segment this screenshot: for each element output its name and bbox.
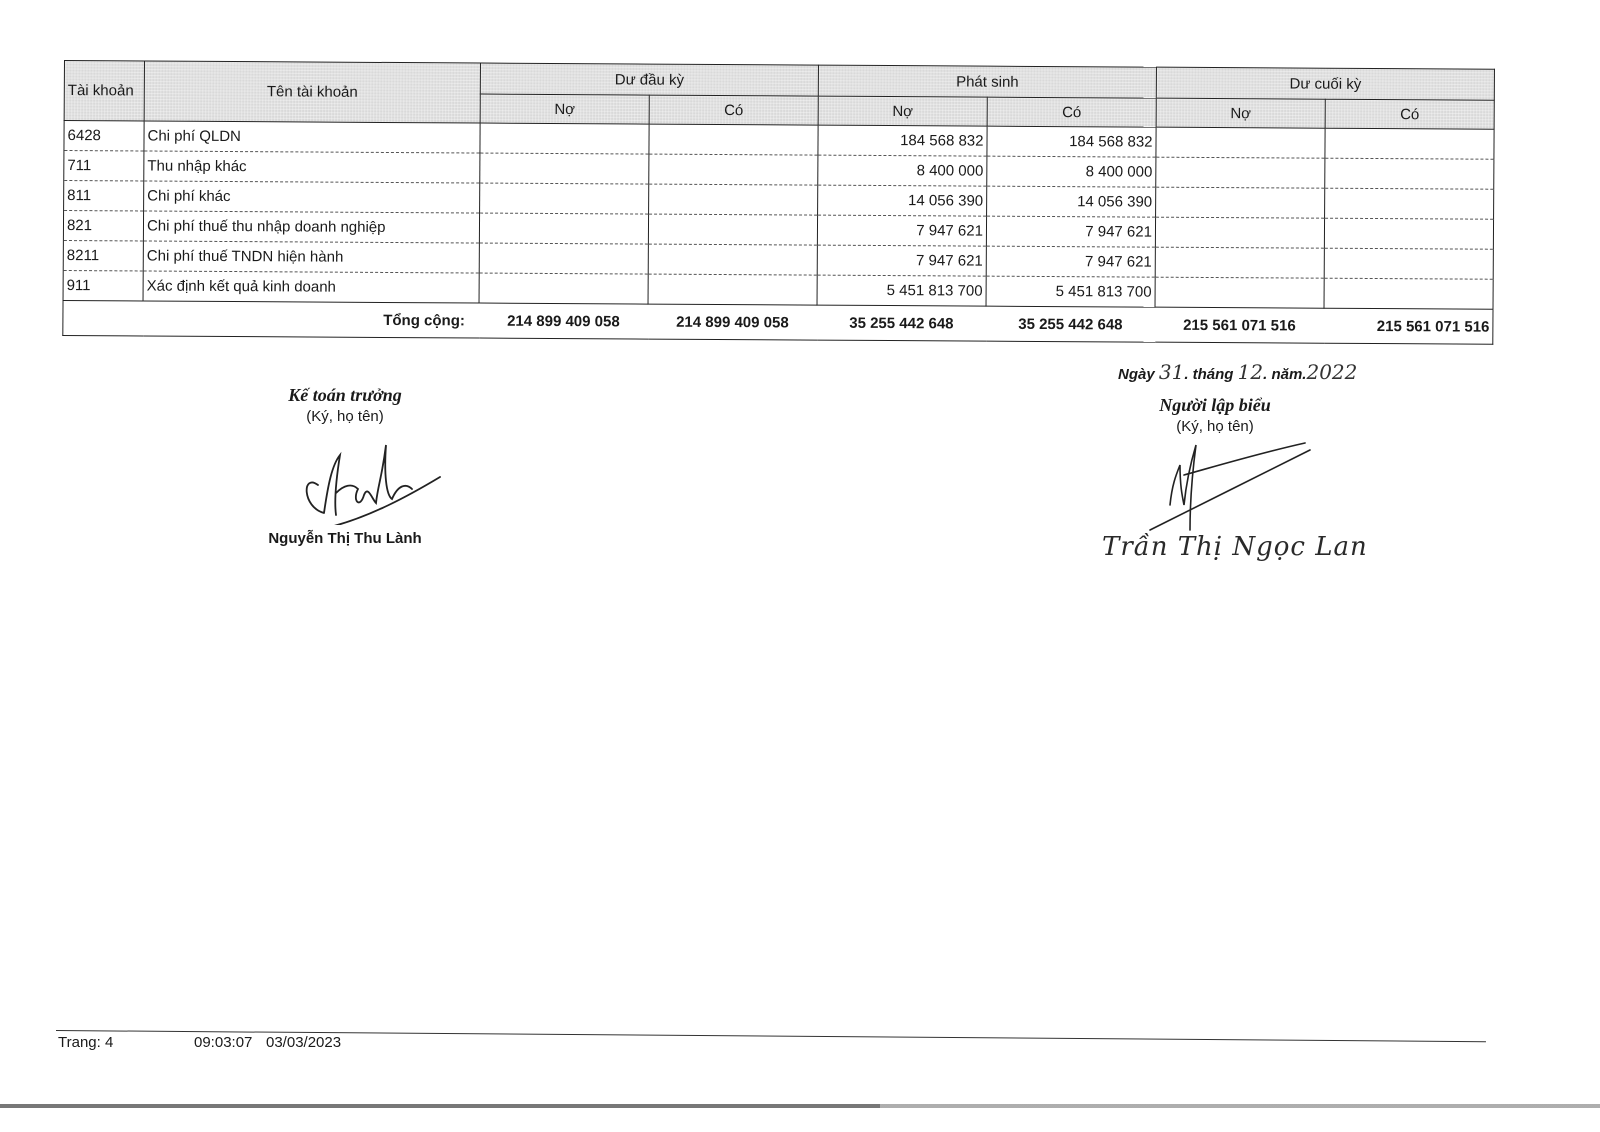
cell-open-debit	[480, 153, 649, 184]
cell-open-credit	[649, 154, 818, 185]
cell-close-debit	[1155, 217, 1324, 248]
cell-mov-credit: 14 056 390	[987, 186, 1156, 217]
cell-open-debit	[479, 243, 648, 274]
cell-mov-debit: 8 400 000	[818, 155, 987, 186]
cell-mov-credit: 184 568 832	[987, 126, 1156, 157]
cell-close-debit	[1156, 157, 1325, 188]
header-movement-credit: Có	[987, 97, 1156, 127]
preparer-note: (Ký, họ tên)	[1110, 418, 1320, 435]
total-close-debit: 215 561 071 516	[1155, 307, 1324, 343]
chief-accountant-signature-block: Kế toán trưởng (Ký, họ tên) Nguyễn Thị T…	[240, 385, 450, 547]
cell-open-credit	[648, 244, 817, 275]
cell-open-debit	[480, 183, 649, 214]
cell-account: 821	[63, 211, 143, 241]
table-body: 6428Chi phí QLDN184 568 832184 568 83271…	[63, 121, 1494, 310]
cell-close-credit	[1324, 248, 1493, 279]
cell-close-credit	[1325, 128, 1494, 159]
header-closing-credit: Có	[1325, 99, 1494, 129]
header-movement-debit: Nợ	[818, 96, 987, 126]
preparer-signature-block: Người lập biểu (Ký, họ tên)	[1110, 395, 1320, 540]
total-label: Tổng cộng:	[143, 301, 479, 338]
chief-accountant-signature-icon	[240, 425, 450, 525]
cell-mov-debit: 7 947 621	[817, 215, 986, 246]
cell-account: 711	[64, 151, 144, 181]
cell-account: 911	[63, 270, 143, 300]
handwritten-month: 12	[1238, 360, 1263, 384]
cell-open-debit	[479, 213, 648, 244]
cell-name: Chi phí thuế thu nhập doanh nghiệp	[143, 211, 479, 243]
cell-mov-credit: 7 947 621	[986, 246, 1155, 277]
cell-name: Chi phí thuế TNDN hiện hành	[143, 241, 479, 273]
total-open-debit: 214 899 409 058	[479, 303, 648, 339]
cell-open-credit	[649, 184, 818, 215]
total-open-credit: 214 899 409 058	[648, 304, 817, 340]
trial-balance-table-container: Tài khoản Tên tài khoản Dư đầu kỳ Phát s…	[62, 60, 1494, 345]
header-opening-balance: Dư đầu kỳ	[480, 63, 818, 96]
cell-close-debit	[1156, 187, 1325, 218]
cell-name: Xác định kết quả kinh doanh	[143, 271, 479, 303]
header-closing-debit: Nợ	[1156, 98, 1325, 128]
footer-print-date: 03/03/2023	[266, 1034, 341, 1051]
cell-mov-debit: 184 568 832	[818, 125, 987, 156]
cell-account: 8211	[63, 240, 143, 270]
total-row: Tổng cộng: 214 899 409 058 214 899 409 0…	[63, 300, 1493, 344]
cell-name: Chi phí QLDN	[144, 121, 480, 153]
cell-open-credit	[648, 274, 817, 305]
cell-close-credit	[1325, 158, 1494, 189]
header-account: Tài khoản	[64, 61, 144, 121]
total-mov-credit: 35 255 442 648	[986, 306, 1155, 342]
chief-accountant-title: Kế toán trưởng	[240, 385, 450, 406]
scan-edge	[0, 1104, 1600, 1108]
handwritten-year: 2022	[1306, 360, 1357, 384]
cell-close-credit	[1325, 188, 1494, 219]
cell-mov-credit: 5 451 813 700	[986, 276, 1155, 307]
total-mov-debit: 35 255 442 648	[817, 305, 986, 341]
cell-name: Thu nhập khác	[144, 151, 480, 183]
header-movement: Phát sinh	[818, 65, 1156, 98]
cell-open-credit	[649, 124, 818, 155]
header-opening-debit: Nợ	[480, 94, 649, 124]
chief-accountant-name: Nguyễn Thị Thu Lành	[240, 530, 450, 547]
total-close-credit: 215 561 071 516	[1324, 308, 1493, 344]
footer-page-number: Trang: 4	[58, 1034, 113, 1051]
trial-balance-table: Tài khoản Tên tài khoản Dư đầu kỳ Phát s…	[62, 60, 1495, 345]
cell-close-debit	[1156, 127, 1325, 158]
cell-open-credit	[648, 214, 817, 245]
header-account-name: Tên tài khoản	[144, 61, 480, 123]
preparer-title: Người lập biểu	[1110, 395, 1320, 416]
cell-mov-debit: 7 947 621	[817, 245, 986, 276]
cell-mov-debit: 14 056 390	[818, 185, 987, 216]
cell-account: 811	[64, 181, 144, 211]
footer-print-time: 09:03:07	[194, 1034, 252, 1051]
preparer-signature-icon	[1110, 435, 1330, 535]
cell-close-credit	[1324, 278, 1493, 309]
header-opening-credit: Có	[649, 95, 818, 125]
report-date-line: Ngày 31. tháng 12. năm.2022	[1118, 360, 1357, 384]
cell-name: Chi phí khác	[144, 181, 480, 213]
cell-close-debit	[1155, 247, 1324, 278]
cell-close-debit	[1155, 277, 1324, 308]
chief-accountant-note: (Ký, họ tên)	[240, 408, 450, 425]
cell-mov-credit: 8 400 000	[987, 156, 1156, 187]
cell-close-credit	[1324, 218, 1493, 249]
cell-account: 6428	[64, 121, 144, 151]
cell-mov-credit: 7 947 621	[986, 216, 1155, 247]
cell-open-debit	[480, 123, 649, 154]
preparer-handwritten-name: Trần Thị Ngọc Lan	[1102, 532, 1368, 562]
cell-mov-debit: 5 451 813 700	[817, 275, 986, 306]
handwritten-day: 31	[1159, 360, 1184, 384]
header-closing-balance: Dư cuối kỳ	[1156, 67, 1494, 100]
cell-open-debit	[479, 273, 648, 304]
